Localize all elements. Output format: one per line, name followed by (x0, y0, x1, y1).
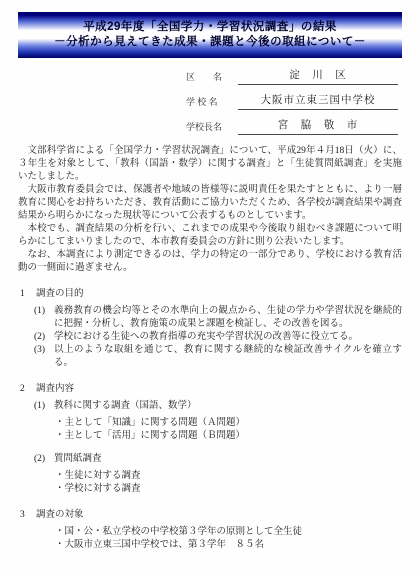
item-text: 教科に関する調査（国語、数学） (54, 400, 402, 413)
section-survey-target: 3 調査の対象 ・国・公・私立学校の中学校第３学年の原則として全生徒 ・大阪市立… (18, 509, 402, 552)
title-banner: 平成29年度「全国学力・学習状況調査」の結果 －分析から見えてきた成果・課題と今… (18, 12, 402, 58)
intro-paragraph-3: 本校でも、調査結果の分析を行い、これまでの成果や今後取り組むべき課題について明ら… (18, 223, 402, 249)
purpose-item-2: (2) 学校における生徒への教育指導の充実や学習状況の改善等に役立てる。 (34, 331, 402, 344)
item-number: (1) (34, 305, 54, 331)
intro-paragraph-4: なお、本調査により測定できるのは、学力の特定の一部分であり、学校における教育活動… (18, 249, 402, 275)
subject-bullet-list: ・主として「知識」に関する問題（Ａ問題） ・主として「活用」に関する問題（Ｂ問題… (55, 417, 402, 443)
field-row-school: 学 校 名 大阪市立東三国中学校 (186, 92, 398, 110)
section-number-1: 1 (20, 288, 36, 301)
questionnaire-bullet-list: ・生徒に対する調査 ・学校に対する調査 (55, 470, 402, 496)
item-text: 質問紙調査 (54, 453, 402, 466)
intro-paragraph-2: 大阪市教育委員会では、保護者や地域の皆様等に説明責任を果たすとともに、より一層教… (18, 184, 402, 223)
section-title-2: 調査内容 (36, 383, 74, 396)
purpose-item-3: (3) 以上のような取組を通じて、教育に関する継続的な検証改善サイクルを確立する… (34, 344, 402, 370)
principal-name-value: 宮 脇 敬 市 (238, 117, 398, 135)
section-survey-content: 2 調査内容 (1) 教科に関する調査（国語、数学） ・主として「知識」に関する… (18, 383, 402, 496)
item-number: (1) (34, 400, 54, 413)
target-bullet-list: ・国・公・私立学校の中学校第３学年の原則として全生徒 ・大阪市立東三国中学校では… (55, 526, 402, 552)
intro-paragraph-1: 文部科学省による「全国学力・学習状況調査」について、平成29年４月18日（火）に… (18, 145, 402, 184)
bullet-item: ・大阪市立東三国中学校では、第３学年 ８５名 (55, 539, 402, 552)
section-title-1: 調査の目的 (36, 288, 84, 301)
bullet-item: ・生徒に対する調査 (55, 470, 402, 483)
bullet-item: ・主として「知識」に関する問題（Ａ問題） (55, 417, 402, 430)
item-number: (2) (34, 453, 54, 466)
school-name-value: 大阪市立東三国中学校 (238, 92, 398, 110)
section-heading-3: 3 調査の対象 (20, 509, 402, 522)
purpose-item-1: (1) 義務教育の機会均等とその水準向上の観点から、生徒の学力や学習状況を継続的… (34, 305, 402, 331)
principal-name-label: 学校長名 (186, 120, 238, 135)
item-text: 以上のような取組を通じて、教育に関する継続的な検証改善サイクルを確立する。 (54, 344, 402, 370)
document-page: 平成29年度「全国学力・学習状況調査」の結果 －分析から見えてきた成果・課題と今… (0, 0, 420, 571)
item-text: 学校における生徒への教育指導の充実や学習状況の改善等に役立てる。 (54, 331, 402, 344)
district-name-value: 淀 川 区 (238, 67, 398, 85)
section-survey-purpose: 1 調査の目的 (1) 義務教育の機会均等とその水準向上の観点から、生徒の学力や… (18, 288, 402, 370)
document-title: 平成29年度「全国学力・学習状況調査」の結果 (18, 20, 402, 35)
bullet-item: ・国・公・私立学校の中学校第３学年の原則として全生徒 (55, 526, 402, 539)
section-number-2: 2 (20, 383, 36, 396)
bullet-item: ・学校に対する調査 (55, 483, 402, 496)
field-row-principal: 学校長名 宮 脇 敬 市 (186, 117, 398, 135)
school-name-label: 学 校 名 (186, 95, 238, 110)
section-title-3: 調査の対象 (36, 509, 84, 522)
content-item-questionnaire: (2) 質問紙調査 (34, 453, 402, 466)
document-body: 文部科学省による「全国学力・学習状況調査」について、平成29年４月18日（火）に… (18, 145, 402, 552)
content-item-subjects: (1) 教科に関する調査（国語、数学） (34, 400, 402, 413)
section-number-3: 3 (20, 509, 36, 522)
field-row-district: 区 名 淀 川 区 (186, 67, 398, 85)
section-heading-1: 1 調査の目的 (20, 288, 402, 301)
bullet-item: ・主として「活用」に関する問題（Ｂ問題） (55, 430, 402, 443)
item-text: 義務教育の機会均等とその水準向上の観点から、生徒の学力や学習状況を継続的に把握・… (54, 305, 402, 331)
item-number: (3) (34, 344, 54, 370)
item-number: (2) (34, 331, 54, 344)
district-name-label: 区 名 (186, 70, 238, 85)
document-subtitle: －分析から見えてきた成果・課題と今後の取組について－ (18, 35, 402, 50)
header-fields: 区 名 淀 川 区 学 校 名 大阪市立東三国中学校 学校長名 宮 脇 敬 市 (186, 67, 398, 135)
section-heading-2: 2 調査内容 (20, 383, 402, 396)
